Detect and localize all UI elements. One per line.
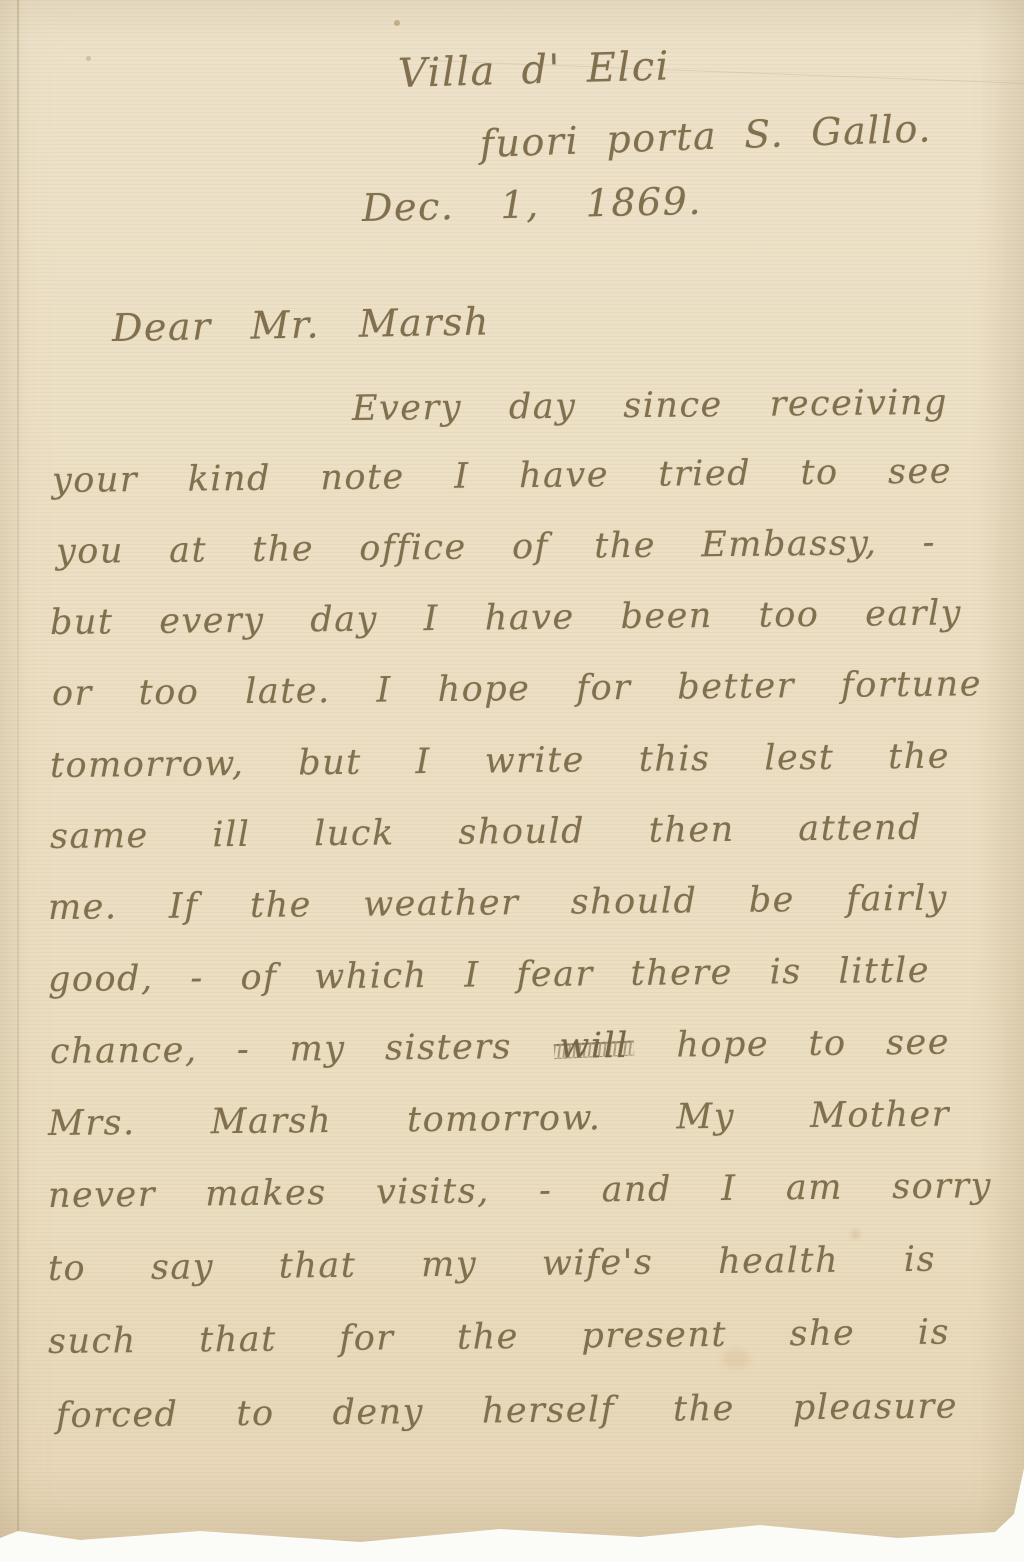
body-line: me. If the weather should be fairly	[48, 880, 948, 928]
body-line: such that for the present she is	[48, 1314, 950, 1362]
body-line: same ill luck should then attend	[50, 809, 922, 857]
paper-spot	[851, 1230, 860, 1239]
body-line: or too late. I hope for better fortune	[52, 665, 982, 713]
body-line: to say that my wife's health is	[48, 1241, 936, 1289]
body-line: but every day I have been too early	[50, 594, 962, 642]
struck-word: will	[559, 1027, 629, 1066]
strike-line-after: hope to see	[676, 1023, 950, 1066]
strike-line-before: chance, - my sisters	[50, 1027, 512, 1072]
fold-crease-left	[17, 0, 19, 1538]
body-line: good, - of which I fear there is little	[48, 952, 930, 1000]
body-line: Mrs. Marsh tomorrow. My Mother	[48, 1096, 950, 1144]
letter-page: Villa d' Elci fuori porta S. Gallo. Dec.…	[0, 0, 1024, 1562]
scan-background: Villa d' Elci fuori porta S. Gallo. Dec.…	[0, 0, 1024, 1562]
body-line: you at the office of the Embassy, -	[56, 524, 936, 572]
body-line: Every day since receiving	[352, 384, 948, 429]
body-line: forced to deny herself the pleasure	[56, 1388, 958, 1436]
heading-address-line: fuori porta S. Gallo.	[479, 108, 932, 166]
heading-date-line: Dec. 1, 1869.	[362, 181, 703, 230]
heading-villa-line: Villa d' Elci	[397, 44, 670, 96]
body-line: your kind note I have tried to see	[52, 453, 952, 501]
salutation-line: Dear Mr. Marsh	[112, 301, 491, 349]
struck-word-text: will	[559, 1026, 629, 1067]
paper-spot	[86, 56, 91, 61]
paper-spot	[394, 20, 400, 26]
body-line-with-strikethrough: chance, - my sisters will hope to see	[50, 1024, 950, 1072]
body-line: never makes visits, - and I am sorry	[48, 1167, 992, 1215]
body-line: tomorrow, but I write this lest the	[50, 738, 950, 786]
